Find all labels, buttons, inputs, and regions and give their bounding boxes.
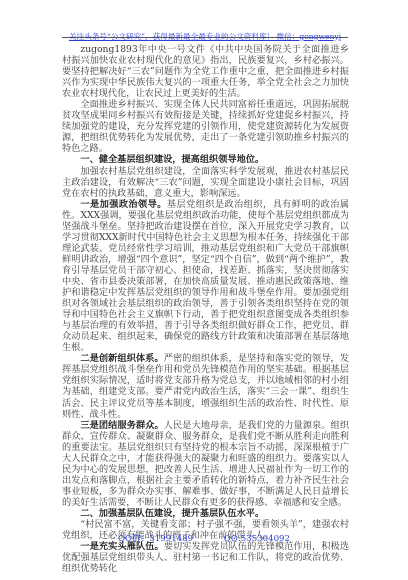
paragraph-intro: zugong1893年中央一号文件《中共中央国务院关于全面推进乡村振兴加快农业农… (62, 44, 349, 99)
qq-group: QQ群：31991489 (118, 534, 193, 544)
paragraph-text: 人民是大地母亲，是我们党的力量源泉。组织群众、宣传群众、凝聚群众、服务群众，是我… (62, 420, 349, 508)
paragraph-text: 严密的组织体系，是坚持和落实党的领导，发挥基层党组织战斗堡垒作用和党员先锋模范作… (62, 353, 349, 419)
lead-phrase: 三是团结服务群众。 (80, 420, 163, 431)
section-heading-2: 二、加强基层队伍建设，提升基层队伍水平。 (62, 508, 349, 519)
paragraph-overview: 全面推进乡村振兴、实现全体人民共同富裕任重道远，巩固拓展脱贫攻坚成果同乡村振兴有… (62, 99, 349, 154)
banner-header: 关注头条号“公文研究”，获得最新最全最专业的公文资料库！ 微信：gongweny… (62, 24, 348, 38)
paragraph-org-system: 二是创新组织体系。严密的组织体系，是坚持和落实党的领导，发挥基层党组织战斗堡垒作… (62, 353, 349, 419)
paragraph-political-leadership: 一是加强政治领导。基层党组织是政治组织，具有鲜明的政治属性。XXX强调，要强化基… (62, 199, 349, 354)
contact-footer: QQ群：31991489 QQ:535304092 (0, 532, 408, 544)
paragraph-section-1-intro: 加强农村基层党组织建设，全面落实科学发展观，推进农村基层民主政治建设，有效解决“… (62, 166, 349, 199)
lead-phrase: 二是创新组织体系。 (80, 353, 163, 364)
qq-number: QQ:535304092 (224, 534, 290, 544)
document-body: zugong1893年中央一号文件《中共中央国务院关于全面推进乡村振兴加快农业农… (62, 44, 349, 574)
section-heading-1: 一、健全基层组织建设，提高组织领导地位。 (62, 154, 349, 165)
paragraph-lead-team: 一是充实头雁队伍。要切实发挥党员队伍的先锋模范作用，积极选优配强基层党组织带头人… (62, 541, 349, 574)
banner-link[interactable]: 关注头条号“公文研究”，获得最新最全最专业的公文资料库！ 微信：gongweny… (69, 32, 341, 41)
paragraph-text: 基层党组织是政治组织，具有鲜明的政治属性。XXX强调，要强化基层党组织政治功能，… (62, 199, 349, 354)
lead-phrase: 一是加强政治领导。 (80, 199, 166, 210)
paragraph-serve-masses: 三是团结服务群众。人民是大地母亲，是我们党的力量源泉。组织群众、宣传群众、凝聚群… (62, 420, 349, 508)
